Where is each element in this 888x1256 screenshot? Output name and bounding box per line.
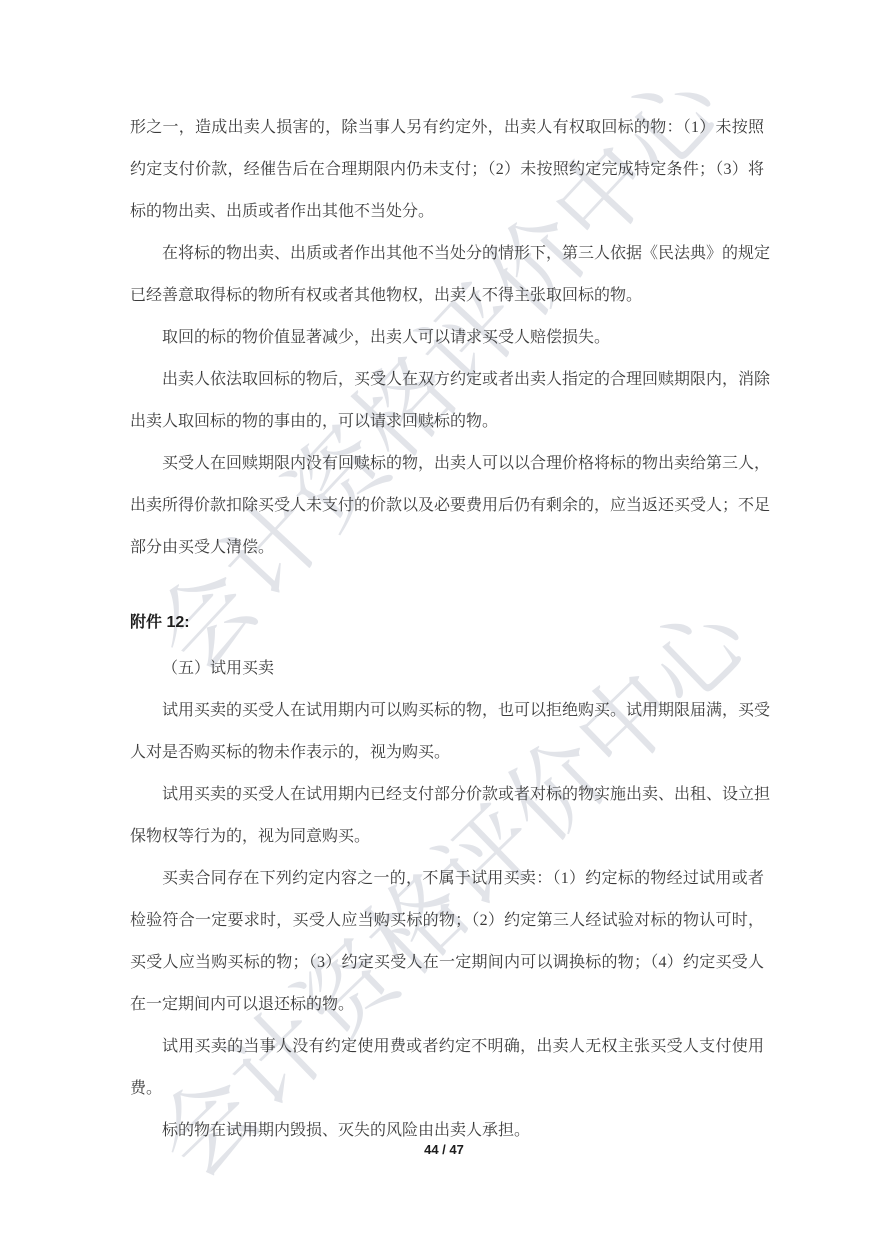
text-line: 约定支付价款，经催告后在合理期限内仍未支付；（2）未按照约定完成特定条件；（3）… (130, 149, 764, 191)
document-body: 形之一，造成出卖人损害的，除当事人另有约定外，出卖人有权取回标的物：（1）未按照… (130, 107, 764, 1152)
text-line: 在一定期间内可以退还标的物。 (130, 984, 764, 1026)
text-line: 出卖人取回标的物的事由的，可以请求回赎标的物。 (130, 401, 764, 443)
text-line: 人对是否购买标的物未作表示的，视为购买。 (130, 732, 764, 774)
text-line: 取回的标的物价值显著减少，出卖人可以请求买受人赔偿损失。 (130, 317, 764, 359)
text-line: 出卖所得价款扣除买受人未支付的价款以及必要费用后仍有剩余的，应当返还买受人；不足 (130, 485, 764, 527)
text-line: 标的物出卖、出质或者作出其他不当处分。 (130, 191, 764, 233)
text-line: 试用买卖的买受人在试用期内已经支付部分价款或者对标的物实施出卖、出租、设立担 (130, 774, 764, 816)
text-line: 检验符合一定要求时，买受人应当购买标的物；（2）约定第三人经试验对标的物认可时， (130, 900, 764, 942)
text-line: 费。 (130, 1068, 764, 1110)
text-line: 在将标的物出卖、出质或者作出其他不当处分的情形下，第三人依据《民法典》的规定 (130, 233, 764, 275)
text-line: 出卖人依法取回标的物后，买受人在双方约定或者出卖人指定的合理回赎期限内，消除 (130, 359, 764, 401)
text-line: 部分由买受人清偿。 (130, 527, 764, 569)
attachment-heading: 附件 12: (130, 602, 764, 644)
text-line: 买受人在回赎期限内没有回赎标的物，出卖人可以以合理价格将标的物出卖给第三人， (130, 443, 764, 485)
text-line: 买受人应当购买标的物；（3）约定买受人在一定期间内可以调换标的物；（4）约定买受… (130, 942, 764, 984)
subsection-title: （五）试用买卖 (130, 648, 764, 690)
page-number: 44 / 47 (0, 1142, 888, 1157)
text-line: 保物权等行为的，视为同意购买。 (130, 816, 764, 858)
text-line: 试用买卖的当事人没有约定使用费或者约定不明确，出卖人无权主张买受人支付使用 (130, 1026, 764, 1068)
text-line: 已经善意取得标的物所有权或者其他物权，出卖人不得主张取回标的物。 (130, 275, 764, 317)
text-line: 买卖合同存在下列约定内容之一的，不属于试用买卖：（1）约定标的物经过试用或者 (130, 858, 764, 900)
text-line: 试用买卖的买受人在试用期内可以购买标的物，也可以拒绝购买。试用期限届满，买受 (130, 690, 764, 732)
text-line: 形之一，造成出卖人损害的，除当事人另有约定外，出卖人有权取回标的物：（1）未按照 (130, 107, 764, 149)
